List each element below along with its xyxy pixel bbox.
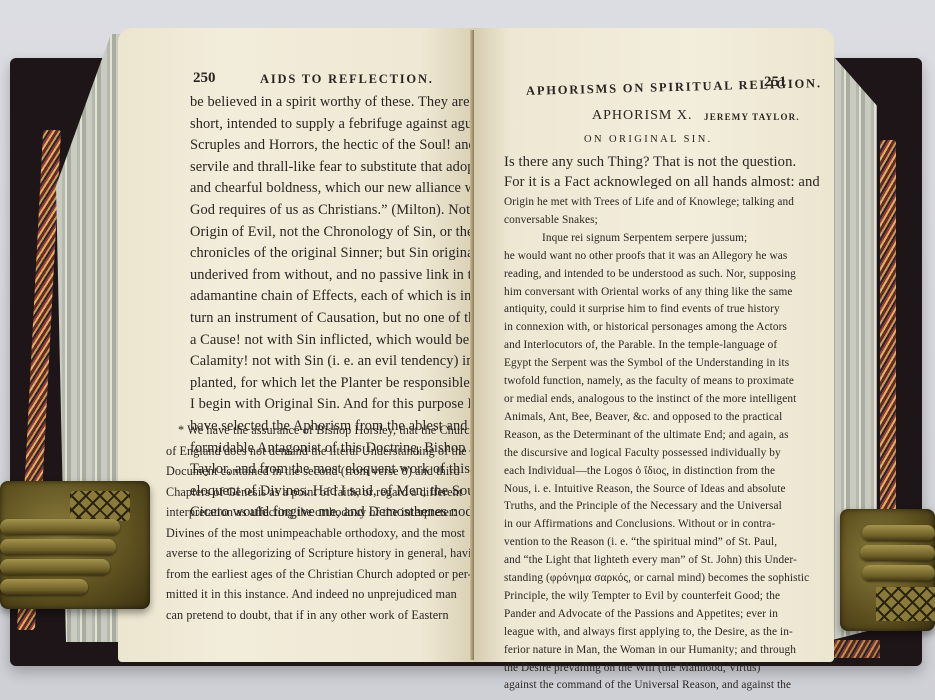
brass-hand-weight-left — [0, 481, 150, 609]
footnote-line: interpretation as affecting the orthodox… — [166, 502, 466, 523]
text-line: and “the Light that lighteth every man” … — [504, 552, 824, 570]
page-number: 250 — [193, 70, 216, 87]
finger-icon — [0, 519, 120, 535]
text-line: he would want no other proofs that it wa… — [504, 248, 824, 266]
brass-hand-weight-right — [840, 509, 935, 631]
text-line: planted, for which let the Planter be re… — [190, 373, 470, 395]
text-line: each Individual—the Logos ὁ ἴδιος, in di… — [504, 463, 824, 481]
text-line: the Desire prevailing on the Will (the M… — [504, 660, 824, 678]
footnote-line: of England does not demand the literal U… — [166, 441, 466, 462]
text-line: God requires of us as Christians.” (Milt… — [190, 200, 470, 222]
text-line: ferior nature in Man, the Woman in our H… — [504, 642, 824, 660]
aphorism-author: JEREMY TAYLOR. — [704, 112, 800, 122]
text-line: underived from without, and no passive l… — [190, 265, 470, 287]
text-line: chronicles of the original Sinner; but S… — [190, 243, 470, 265]
text-line: or medial ends, analogous to the instinc… — [504, 391, 824, 409]
footnote-line: mitted it in this instance. And indeed n… — [166, 584, 466, 605]
text-line: in connexion with, or historical persona… — [504, 319, 824, 337]
finger-icon — [0, 539, 116, 555]
footnote-line: Document contained in the second (from v… — [166, 461, 466, 482]
text-line: the discursive and logical Faculty posse… — [504, 445, 824, 463]
text-line: be believed in a spirit worthy of these.… — [190, 92, 470, 114]
text-line: Principle, the wily Tempter to Evil by c… — [504, 588, 824, 606]
text-line: league with, and always first applying t… — [504, 624, 824, 642]
text-line: conversable Snakes; — [504, 212, 824, 230]
footnote-line: * We have the assurance of Bishop Horsle… — [166, 420, 466, 441]
finger-icon — [862, 565, 935, 581]
footnote-line: from the earliest ages of the Christian … — [166, 564, 466, 585]
left-page: 250 AIDS TO REFLECTION. be believed in a… — [118, 28, 474, 662]
text-line: twofold function, namely, as the faculty… — [504, 373, 824, 391]
text-line: in our Affirmations and Conclusions. Wit… — [504, 516, 824, 534]
text-line: and Interlocutors of, the Parable. In th… — [504, 337, 824, 355]
footnote-line: Divines of the most unimpeachable orthod… — [166, 523, 466, 544]
text-line: Animals, Ant, Bee, Beaver, &c. and oppos… — [504, 409, 824, 427]
finger-icon — [0, 579, 88, 595]
text-line: adamantine chain of Effects, each of whi… — [190, 286, 470, 308]
footnote-line: averse to the allegorizing of Scripture … — [166, 543, 466, 564]
open-book-photo: 250 AIDS TO REFLECTION. be believed in a… — [0, 0, 935, 700]
text-line: Reason, as the Determinant of the ultima… — [504, 427, 824, 445]
right-page: APHORISMS ON SPIRITUAL RELIGION. 251 APH… — [474, 28, 834, 662]
finger-icon — [860, 545, 935, 561]
text-line: I begin with Original Sin. And for this … — [190, 394, 470, 416]
lattice-cuff-icon — [70, 491, 130, 521]
footnote-line: Chapters of Genesis as a point of faith,… — [166, 482, 466, 503]
text-line: Truths, and the Principle of the Necessa… — [504, 498, 824, 516]
text-line: against the command of the Universal Rea… — [504, 677, 824, 695]
text-line: For it is a Fact acknowleged on all hand… — [504, 172, 824, 192]
text-line: Egypt the Serpent was the Symbol of the … — [504, 355, 824, 373]
page-number: 251 — [764, 74, 787, 91]
text-line: Pander and Advocate of the Passions and … — [504, 606, 824, 624]
text-line: and chearful boldness, which our new all… — [190, 178, 470, 200]
right-body-text: Origin he met with Trees of Life and of … — [504, 194, 824, 695]
section-title: ON ORIGINAL SIN. — [584, 134, 713, 145]
text-line: servile and thrall-like fear to substitu… — [190, 157, 470, 179]
text-line: standing (φρόνημα σαρκός, or carnal mind… — [504, 570, 824, 588]
text-line: Calamity! not with Sin (i. e. an evil te… — [190, 351, 470, 373]
running-head: AIDS TO REFLECTION. — [260, 72, 434, 87]
finger-icon — [0, 559, 110, 575]
text-line: vention to the Reason (i. e. “the spirit… — [504, 534, 824, 552]
text-line: turn an instrument of Causation, but no … — [190, 308, 470, 330]
finger-icon — [862, 525, 935, 541]
text-line: him conversant with Oriental works of an… — [504, 284, 824, 302]
text-line: antiquity, could it surprise him to find… — [504, 301, 824, 319]
text-line: a Cause! not with Sin inflicted, which w… — [190, 330, 470, 352]
latin-quote: Inque rei signum Serpentem serpere jussu… — [504, 230, 824, 248]
aphorism-title: APHORISM X. — [592, 108, 692, 124]
text-line: reading, and intended to be understood a… — [504, 266, 824, 284]
text-line: Origin of Evil, not the Chronology of Si… — [190, 222, 470, 244]
text-line: Scruples and Horrors, the hectic of the … — [190, 135, 470, 157]
text-line: Is there any such Thing? That is not the… — [504, 152, 824, 172]
footnote-line: can pretend to doubt, that if in any oth… — [166, 605, 466, 626]
text-line: short, intended to supply a febrifuge ag… — [190, 114, 470, 136]
footnote: * We have the assurance of Bishop Horsle… — [166, 420, 466, 625]
text-line: Nous, i. e. Intuitive Reason, the Source… — [504, 481, 824, 499]
lattice-cuff-icon — [876, 587, 935, 621]
opening-text: Is there any such Thing? That is not the… — [504, 152, 824, 192]
text-line: Origin he met with Trees of Life and of … — [504, 194, 824, 212]
